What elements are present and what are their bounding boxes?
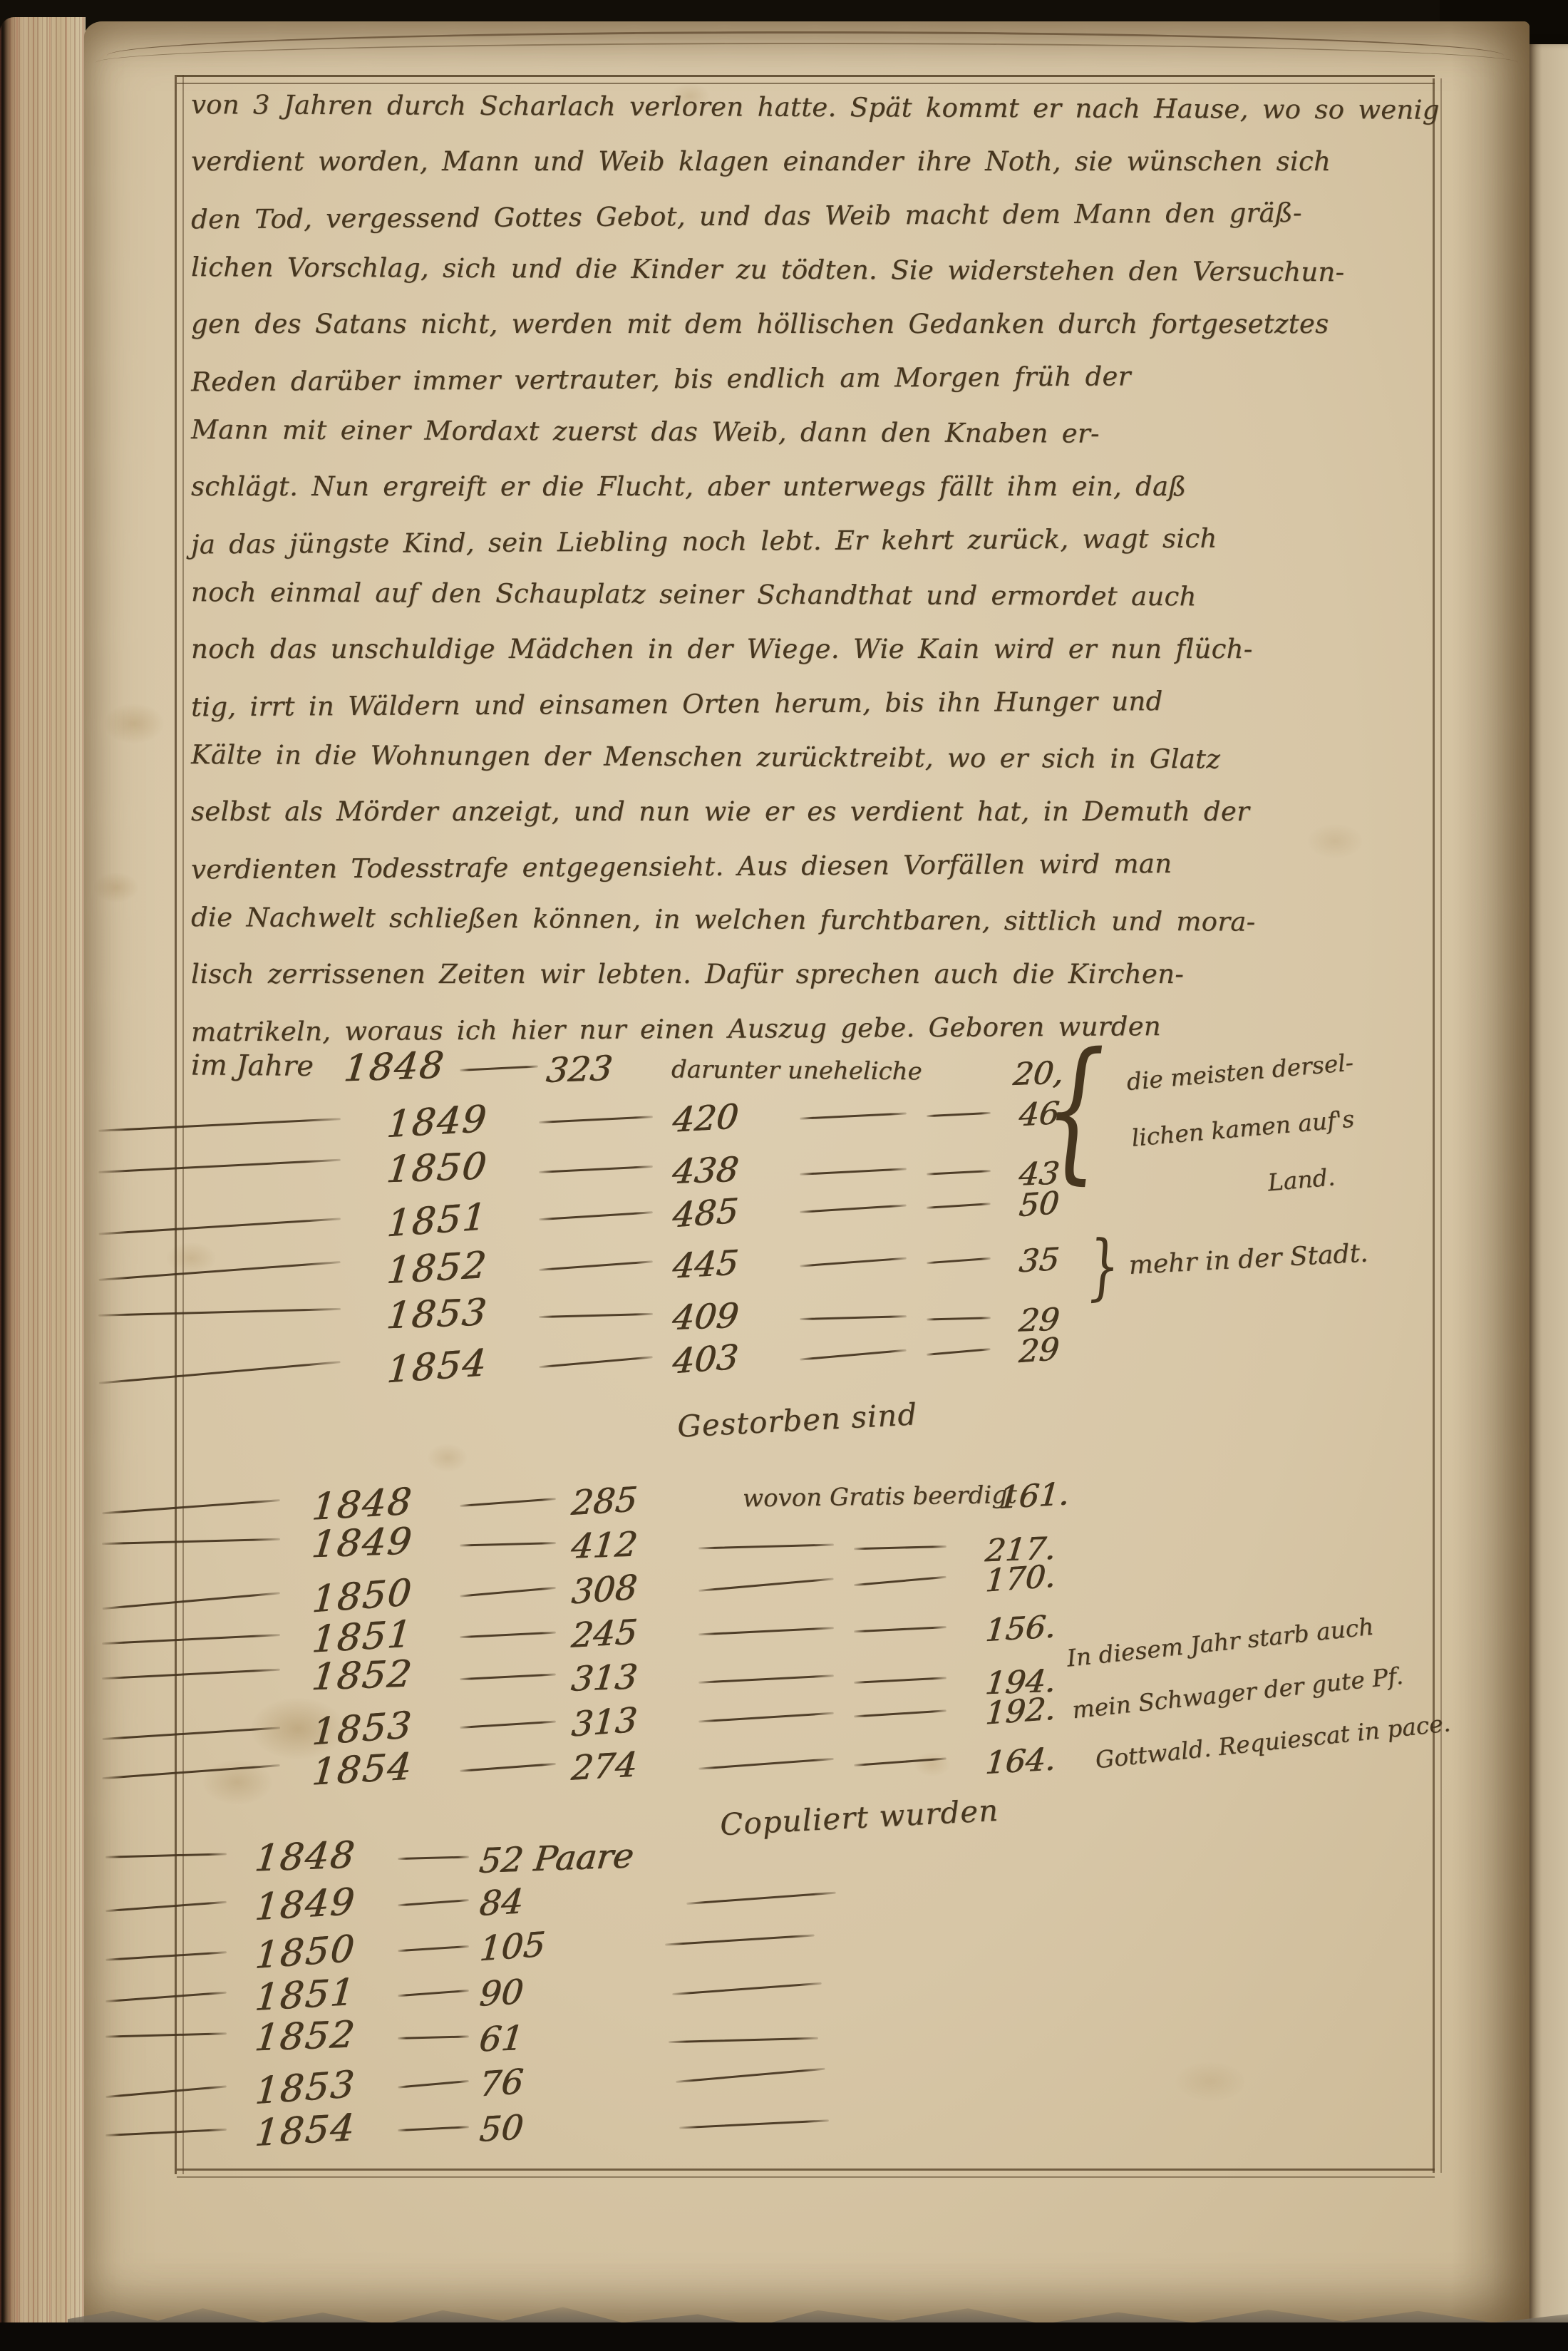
year-cell: 1854 <box>386 1339 521 1391</box>
spacer-dash <box>927 1348 991 1356</box>
spacer-dash <box>927 1111 991 1116</box>
spacer-dash <box>698 1674 834 1684</box>
spacer-dash <box>398 1899 469 1906</box>
spacer-dash <box>698 1712 834 1722</box>
spacer-dash <box>460 1631 556 1638</box>
annotation-line: mehr in der Stadt. <box>1128 1238 1369 1280</box>
spacer-dash <box>539 1312 653 1317</box>
count-cell: 245 <box>569 1610 680 1656</box>
spacer-dash <box>800 1168 907 1175</box>
spacer-dash <box>854 1545 947 1549</box>
ditto-dash <box>102 1727 280 1740</box>
count-cell: 412 <box>569 1523 681 1567</box>
illegitimate-cell: 29 <box>1018 1327 1106 1370</box>
text-line: noch einmal auf den Schauplatz seiner Sc… <box>191 565 1451 624</box>
count-cell: 285 <box>569 1477 680 1523</box>
spacer-dash <box>539 1116 653 1123</box>
year-cell: 1852 <box>309 1652 446 1699</box>
count-cell: 84 <box>478 1878 588 1924</box>
spacer-dash <box>927 1203 991 1209</box>
ditto-dash <box>98 1118 341 1132</box>
ditto-dash <box>105 1853 227 1858</box>
spacer-dash <box>398 1989 469 1996</box>
ditto-dash <box>102 1668 280 1679</box>
spacer-dash <box>854 1626 947 1632</box>
text-line: lisch zerrissenen Zeiten wir lebten. Daf… <box>191 947 1451 1001</box>
text-line: Mann mit einer Mordaxt zuerst das Weib, … <box>191 402 1451 462</box>
brace-open-glyph: { <box>1045 1025 1105 1193</box>
spacer-dash <box>686 1891 836 1904</box>
ditto-dash <box>105 2032 227 2037</box>
year-cell: 1853 <box>384 1290 521 1337</box>
ditto-dash <box>98 1307 341 1316</box>
annotation-deaths-obituary: In diesem Jahr starb auch mein Schwager … <box>1064 1593 1453 1788</box>
text-line: verdienten Todesstrafe entgegensieht. Au… <box>191 835 1451 897</box>
ditto-dash <box>102 1764 280 1779</box>
second-cell: 170. <box>984 1554 1108 1599</box>
ditto-dash <box>105 1951 227 1961</box>
spacer-dash <box>669 2037 818 2042</box>
spacer-dash <box>698 1578 834 1592</box>
spacer-dash <box>854 1677 947 1684</box>
count-cell: 445 <box>671 1240 781 1287</box>
text-line: Reden darüber immer vertrauter, bis endl… <box>191 347 1451 409</box>
spacer-dash <box>460 1762 556 1771</box>
year-cell: 1848 <box>252 1833 389 1880</box>
ditto-dash <box>98 1218 341 1235</box>
year-cell: 1854 <box>253 2105 389 2156</box>
spacer-dash <box>927 1257 991 1264</box>
ditto-dash <box>105 2128 227 2136</box>
brace-close-glyph: } <box>1085 1230 1121 1303</box>
count-cell: 323 <box>545 1047 656 1091</box>
count-cell: 485 <box>671 1188 781 1236</box>
text-line: den Tod, vergessend Gottes Gebot, und da… <box>191 185 1451 247</box>
spacer-dash <box>854 1575 947 1585</box>
count-cell: 308 <box>570 1565 680 1612</box>
marriages-header: Copuliert wurden <box>719 1793 999 1842</box>
text-line: von 3 Jahren durch Scharlach verloren ha… <box>191 77 1451 137</box>
year-cell: 1854 <box>310 1744 446 1794</box>
count-cell: 409 <box>671 1295 783 1338</box>
body-text: von 3 Jahren durch Scharlach verloren ha… <box>191 80 1451 1055</box>
manuscript-page: von 3 Jahren durch Scharlach verloren ha… <box>84 21 1530 2325</box>
ditto-dash <box>105 1900 227 1911</box>
illegitimate-note: darunter uneheliche <box>671 1055 985 1086</box>
count-cell: 274 <box>569 1742 680 1789</box>
text-line: gen des Satans nicht, werden mit dem höl… <box>191 297 1451 351</box>
text-line: tig, irrt in Wäldern und einsamen Orten … <box>191 672 1451 734</box>
count-cell: 438 <box>671 1148 783 1192</box>
count-cell: 105 <box>478 1922 588 1970</box>
ruled-frame-bottom <box>177 2169 1435 2178</box>
gratis-note: wovon Gratis beerdigt <box>743 1481 1000 1513</box>
text-line: die Nachwelt schließen können, in welche… <box>191 890 1451 950</box>
spacer-dash <box>676 2067 825 2082</box>
spacer-dash <box>854 1709 947 1717</box>
spacer-dash <box>460 1720 556 1728</box>
spacer-dash <box>539 1211 653 1220</box>
year-cell: 1852 <box>252 2012 389 2059</box>
text-line: verdient worden, Mann und Weib klagen ei… <box>191 134 1451 188</box>
annotation-births-countryside: { die meisten dersel- lichen kamen auf's… <box>1026 1025 1358 1213</box>
count-cell: 50 <box>478 2104 588 2150</box>
book-page-stack-edge <box>0 17 86 2338</box>
text-line: Kälte in die Wohnungen der Menschen zurü… <box>191 727 1451 787</box>
year-cell: 1852 <box>385 1243 521 1293</box>
ditto-dash <box>105 2085 227 2098</box>
year-cell: 1849 <box>253 1879 389 1930</box>
spacer-dash <box>800 1257 907 1267</box>
spacer-dash <box>927 1317 991 1320</box>
spacer-dash <box>539 1260 653 1271</box>
spacer-dash <box>398 2079 469 2088</box>
spacer-dash <box>665 1934 815 1945</box>
year-cell: 1849 <box>385 1096 521 1147</box>
spacer-dash <box>698 1543 834 1549</box>
ditto-dash <box>105 1991 227 2002</box>
ditto-dash <box>102 1538 280 1545</box>
count-cell: 90 <box>478 1968 588 2015</box>
ditto-dash <box>102 1633 280 1644</box>
spacer-dash <box>398 1945 469 1951</box>
spacer-dash <box>398 2126 469 2131</box>
spacer-dash <box>460 1673 556 1680</box>
ditto-dash <box>99 1361 341 1384</box>
text-line: noch das unschuldige Mädchen in der Wieg… <box>191 622 1451 676</box>
year-cell: 1849 <box>309 1519 446 1566</box>
ditto-dash <box>102 1499 280 1514</box>
spacer-dash <box>800 1349 907 1360</box>
text-line: lichen Vorschlag, sich und die Kinder zu… <box>191 240 1451 299</box>
count-cell: 403 <box>671 1334 781 1382</box>
scan-background-bottom <box>0 2322 1568 2351</box>
manuscript-scan: von 3 Jahren durch Scharlach verloren ha… <box>0 0 1568 2351</box>
spacer-dash <box>460 1498 556 1507</box>
marriages-row: 1848 52 Paare <box>105 1831 634 1883</box>
annotation-line: Land. <box>1265 1146 1366 1210</box>
spacer-dash <box>460 1065 538 1071</box>
text-line: selbst als Mörder anzeigt, und nun wie e… <box>191 784 1451 838</box>
spacer-dash <box>800 1204 907 1213</box>
spacer-dash <box>854 1757 947 1766</box>
year-intro-label: im Jahre <box>191 1049 344 1083</box>
births-row: im Jahre 1848 323 darunter uneheliche 20… <box>191 1041 1100 1097</box>
spacer-dash <box>800 1112 907 1119</box>
ditto-dash <box>103 1592 280 1610</box>
spacer-dash <box>672 1982 822 1995</box>
spacer-dash <box>398 1856 469 1860</box>
second-cell: 161. <box>997 1473 1122 1516</box>
spacer-dash <box>698 1627 834 1635</box>
count-cell: 313 <box>570 1697 680 1745</box>
deaths-header: Gestorben sind <box>676 1396 918 1444</box>
year-cell: 1848 <box>341 1044 453 1090</box>
year-cell: 1850 <box>384 1144 521 1191</box>
count-cell: 52 Paare <box>477 1836 635 1881</box>
count-cell: 313 <box>569 1656 681 1699</box>
text-line: schlägt. Nun ergreift er die Flucht, abe… <box>191 459 1451 513</box>
spacer-dash <box>539 1356 653 1368</box>
spacer-dash <box>698 1757 834 1769</box>
spacer-dash <box>539 1165 653 1173</box>
count-cell: 61 <box>478 2016 589 2059</box>
ditto-dash <box>98 1158 341 1173</box>
count-cell: 76 <box>478 2057 588 2105</box>
marriages-row: 1854 50 <box>105 2099 830 2157</box>
spacer-dash <box>800 1315 907 1320</box>
spacer-dash <box>927 1170 991 1175</box>
annotation-births-city: } mehr in der Stadt. <box>1079 1218 1370 1304</box>
count-cell: 420 <box>671 1094 781 1141</box>
text-line: ja das jüngste Kind, sein Liebling noch … <box>191 510 1451 572</box>
year-cell: 1851 <box>386 1193 521 1245</box>
spacer-dash <box>398 2035 469 2039</box>
spacer-dash <box>460 1586 556 1597</box>
spacer-dash <box>679 2119 829 2129</box>
ditto-dash <box>98 1261 340 1281</box>
spacer-dash <box>460 1542 556 1547</box>
gutter-next-page <box>1528 44 1568 2327</box>
